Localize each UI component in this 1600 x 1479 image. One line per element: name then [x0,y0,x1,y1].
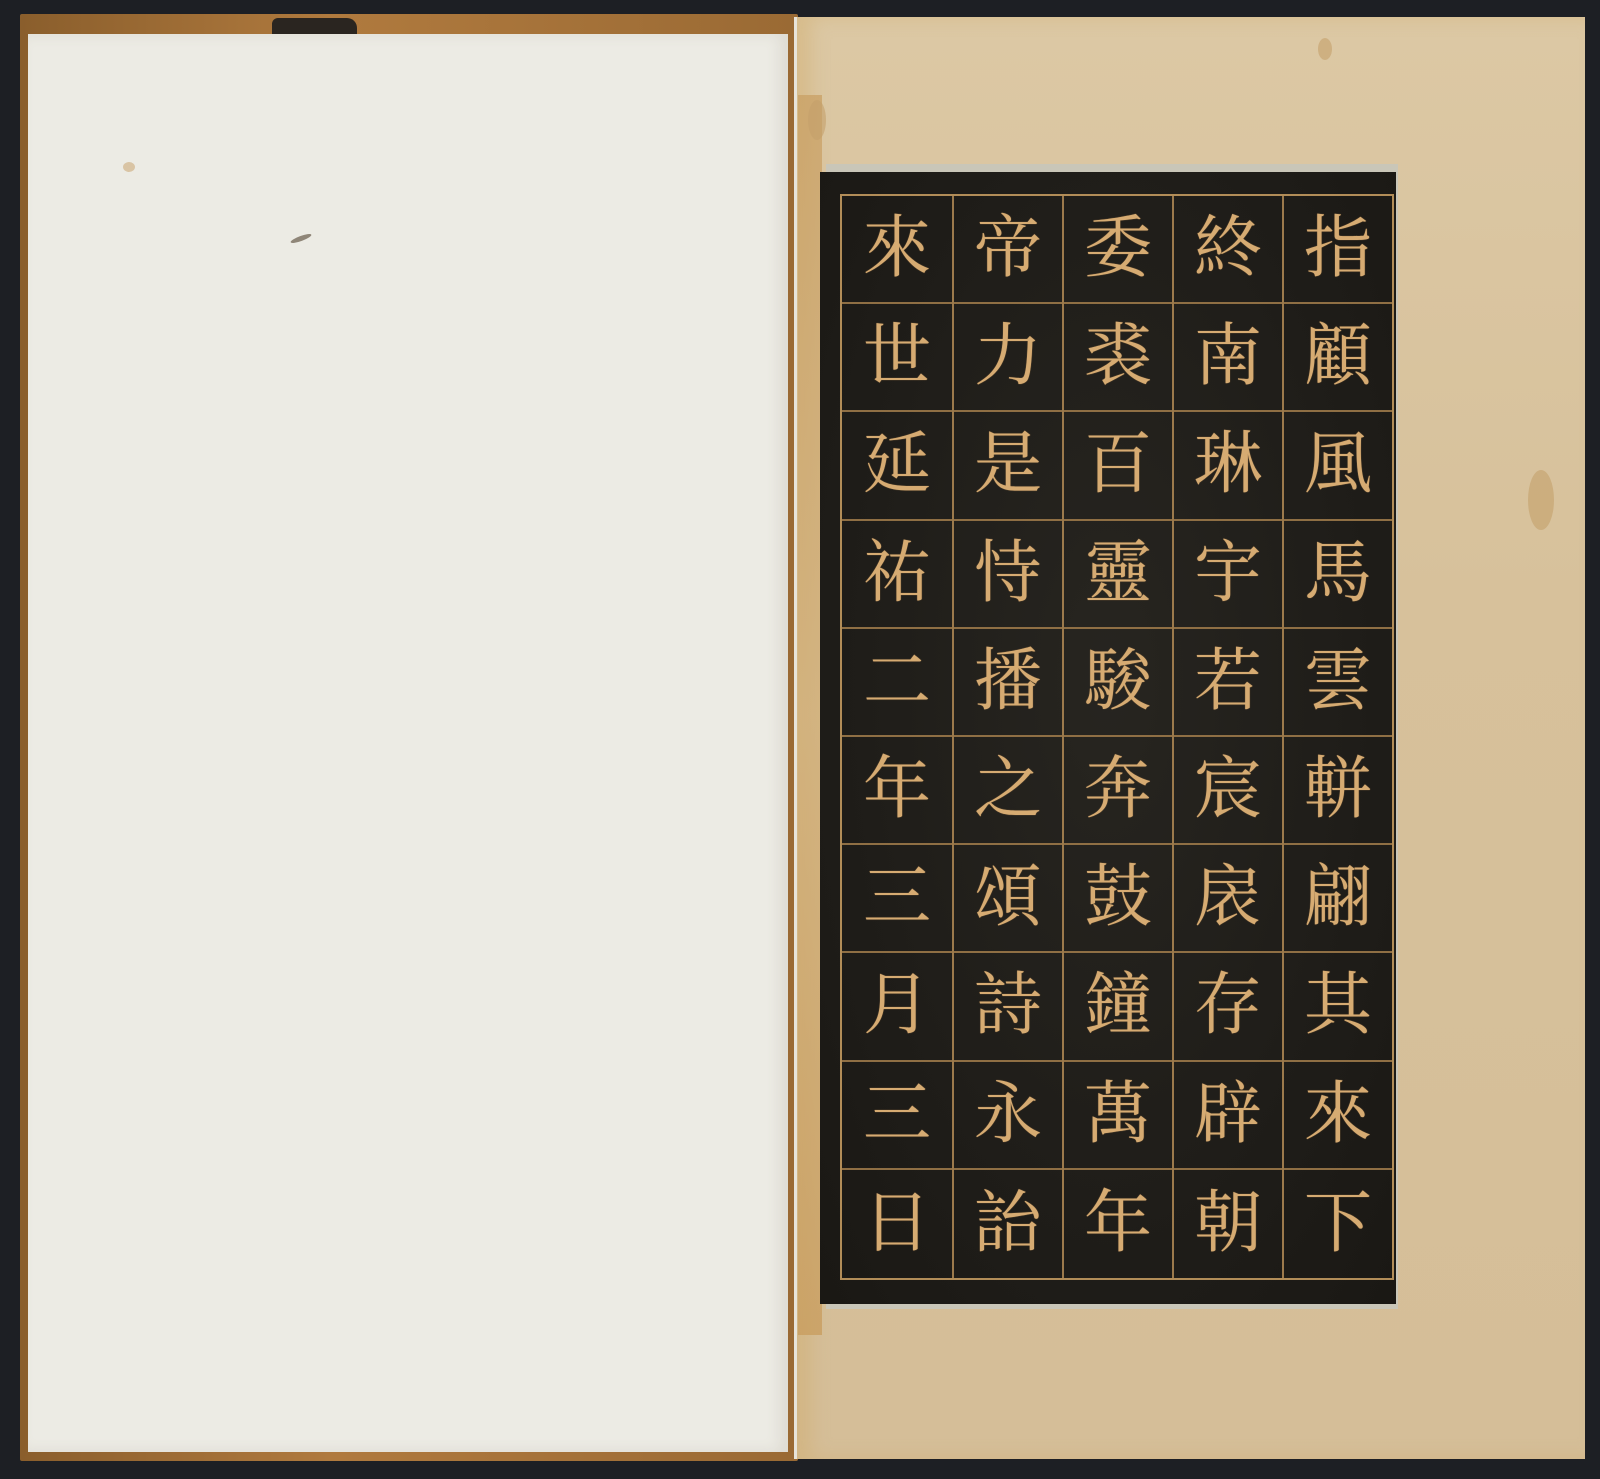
character: 下 [1284,1170,1392,1278]
text-column-1: 指 顧 風 馬 雲 軿 翩 其 來 下 [1282,196,1392,1278]
character: 月 [842,953,952,1061]
character: 之 [954,737,1062,845]
page-blemish [290,232,312,244]
character: 力 [954,304,1062,412]
character: 年 [1064,1170,1172,1278]
mount-stain [808,100,826,140]
foxing-spot [123,162,135,172]
character: 裘 [1064,304,1172,412]
character: 靈 [1064,521,1172,629]
character: 祐 [842,521,952,629]
character: 萬 [1064,1062,1172,1170]
character: 軿 [1284,737,1392,845]
stele-rubbing: 指 顧 風 馬 雲 軿 翩 其 來 下 終 南 琳 宇 若 宸 扆 存 辟 朝 … [820,172,1396,1304]
text-column-3: 委 裘 百 靈 駿 奔 鼓 鐘 萬 年 [1062,196,1172,1278]
gutter-stain-strip [798,95,822,1335]
character: 三 [842,1062,952,1170]
character: 延 [842,412,952,520]
mount-stain [1318,38,1332,60]
text-column-5: 來 世 延 祐 二 年 三 月 三 日 [842,196,952,1278]
character: 詒 [954,1170,1062,1278]
character: 朝 [1174,1170,1282,1278]
character: 指 [1284,196,1392,304]
character-grid: 指 顧 風 馬 雲 軿 翩 其 來 下 終 南 琳 宇 若 宸 扆 存 辟 朝 … [840,194,1394,1280]
character: 存 [1174,953,1282,1061]
character: 二 [842,629,952,737]
character: 是 [954,412,1062,520]
character: 駿 [1064,629,1172,737]
character: 扆 [1174,845,1282,953]
character: 帝 [954,196,1062,304]
character: 三 [842,845,952,953]
character: 委 [1064,196,1172,304]
text-column-4: 帝 力 是 恃 播 之 頌 詩 永 詒 [952,196,1062,1278]
character: 恃 [954,521,1062,629]
mount-stain [1528,470,1554,530]
character: 百 [1064,412,1172,520]
character: 來 [1284,1062,1392,1170]
character: 辟 [1174,1062,1282,1170]
character: 若 [1174,629,1282,737]
character: 宇 [1174,521,1282,629]
character: 日 [842,1170,952,1278]
character: 風 [1284,412,1392,520]
character: 馬 [1284,521,1392,629]
character: 宸 [1174,737,1282,845]
character: 奔 [1064,737,1172,845]
character: 琳 [1174,412,1282,520]
character: 翩 [1284,845,1392,953]
text-column-2: 終 南 琳 宇 若 宸 扆 存 辟 朝 [1172,196,1282,1278]
character: 永 [954,1062,1062,1170]
character: 終 [1174,196,1282,304]
blank-left-page [28,34,788,1452]
character: 雲 [1284,629,1392,737]
character: 年 [842,737,952,845]
character: 世 [842,304,952,412]
character: 來 [842,196,952,304]
character: 南 [1174,304,1282,412]
character: 鼓 [1064,845,1172,953]
character: 鐘 [1064,953,1172,1061]
character: 頌 [954,845,1062,953]
character: 顧 [1284,304,1392,412]
character: 其 [1284,953,1392,1061]
character: 播 [954,629,1062,737]
character: 詩 [954,953,1062,1061]
